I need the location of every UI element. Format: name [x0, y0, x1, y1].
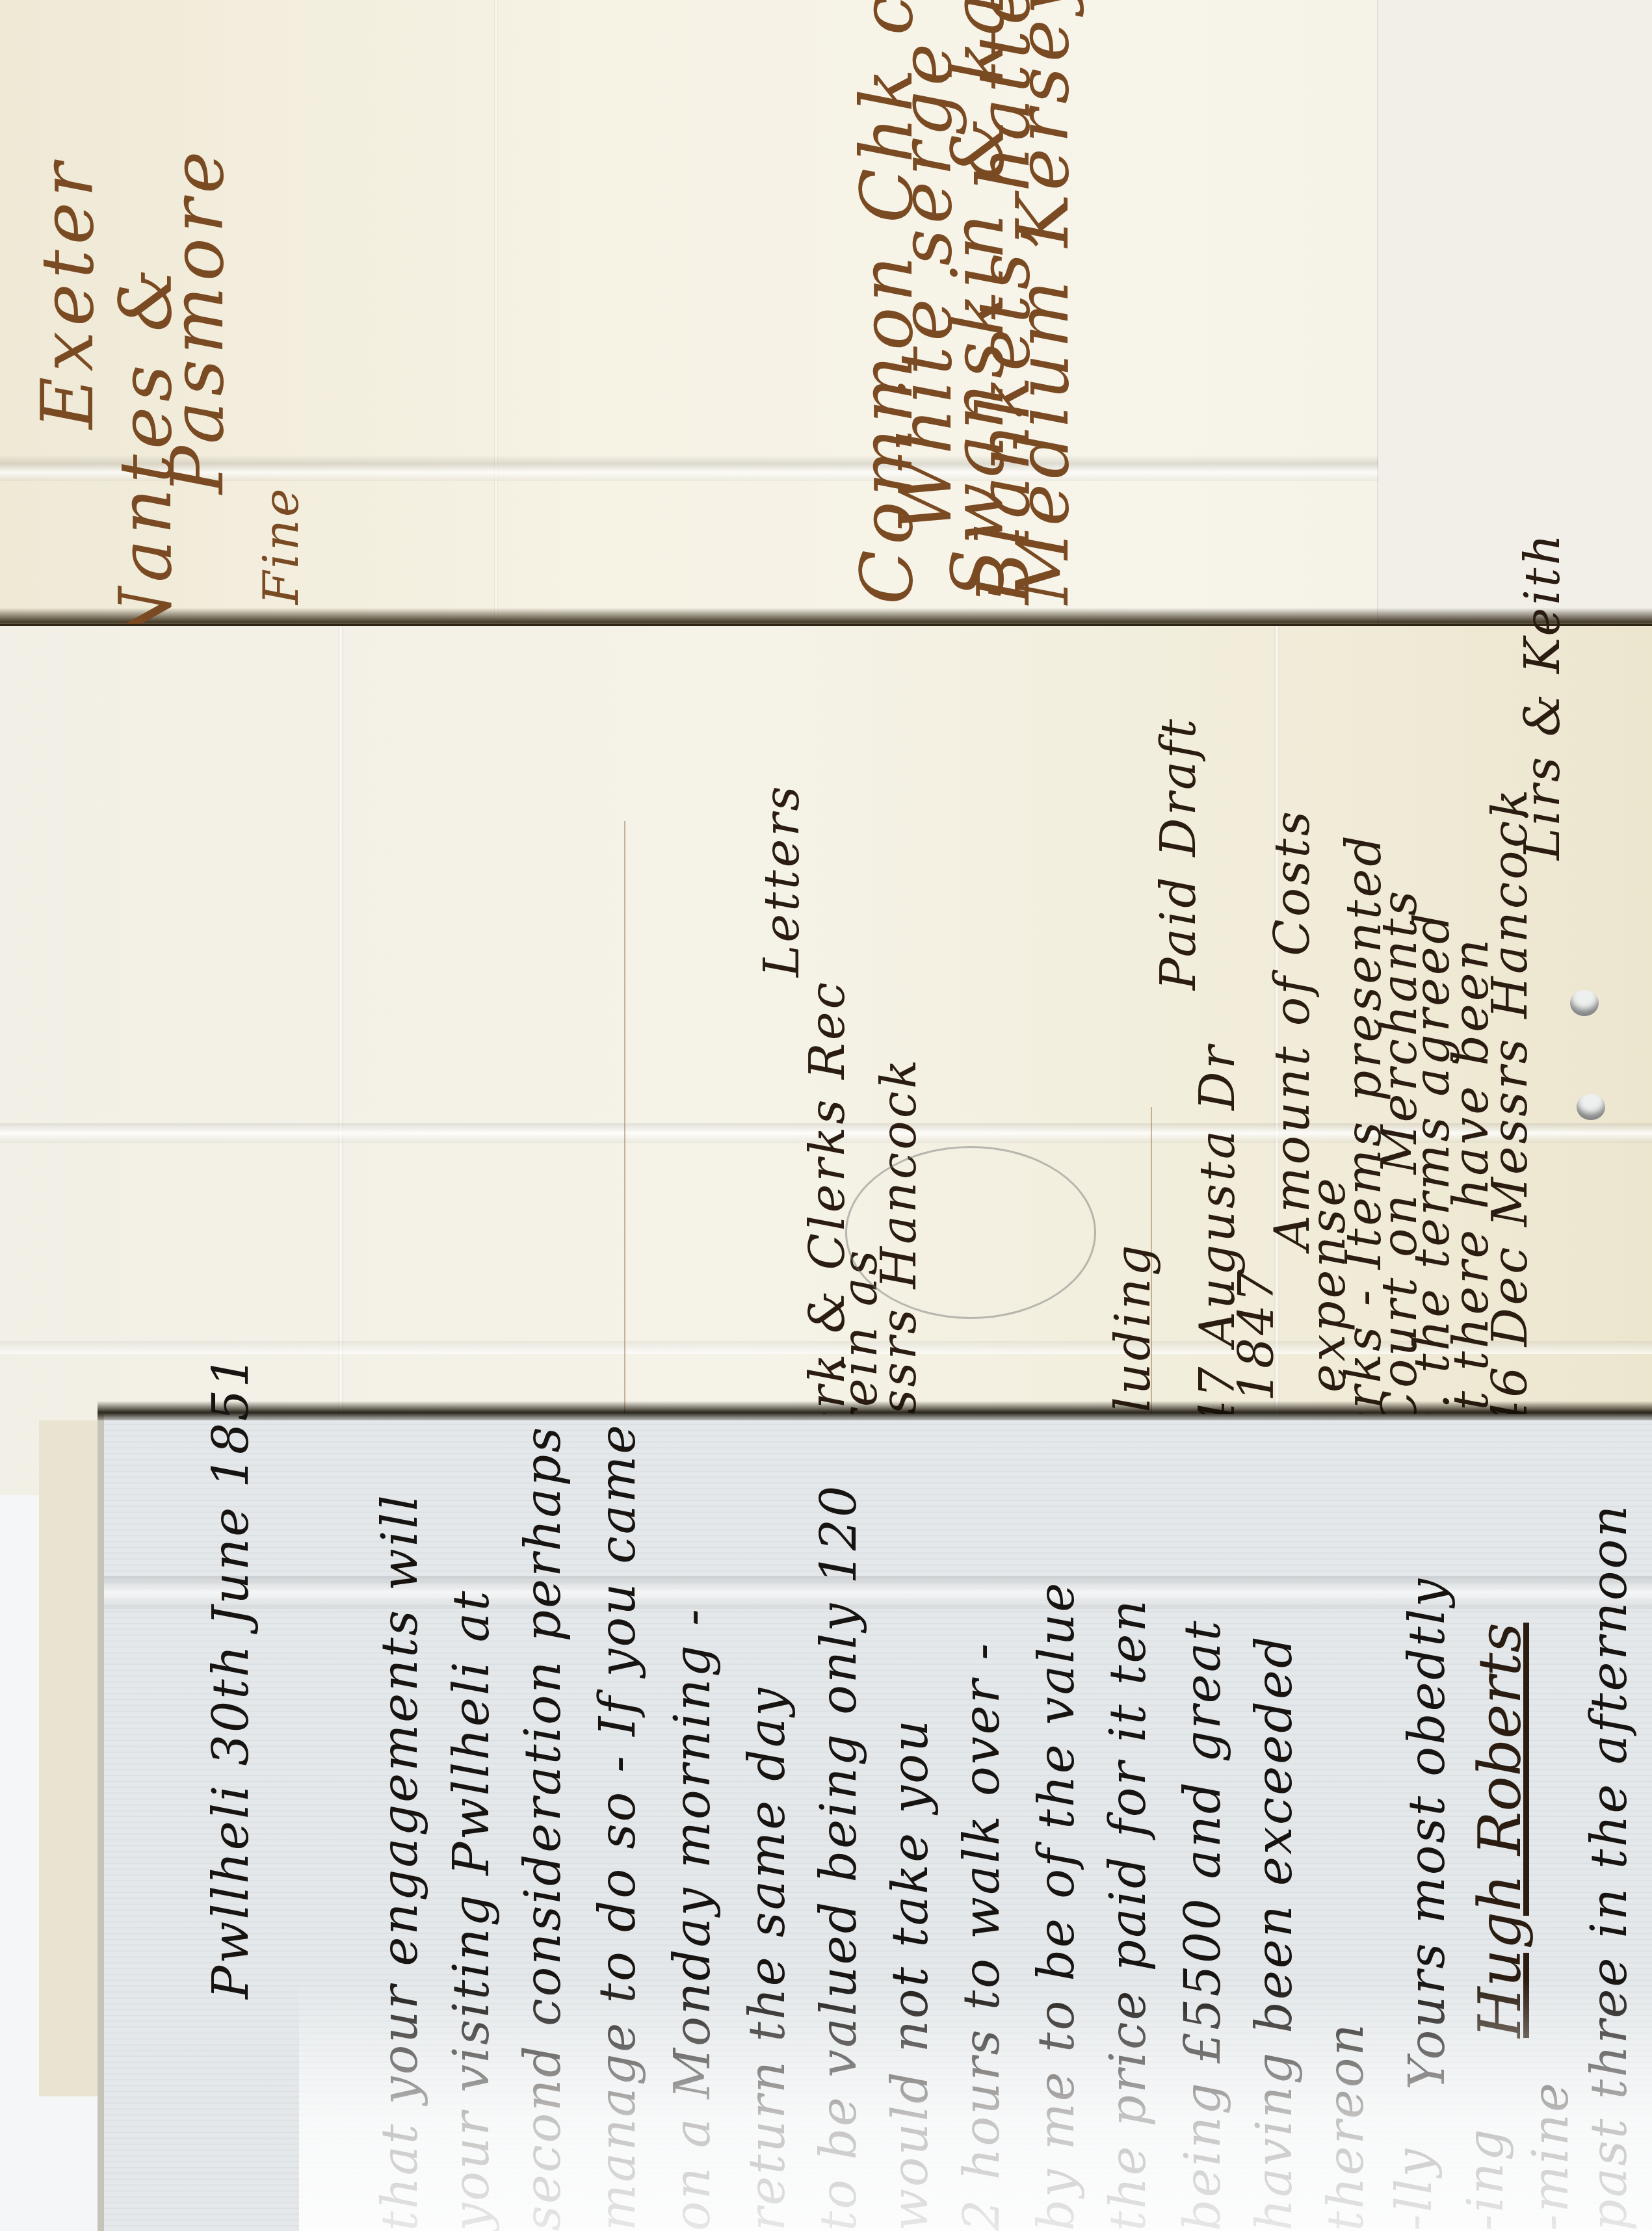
handwritten-line: Pasmore [156, 146, 239, 494]
fold-crease [494, 0, 498, 634]
handwritten-line: Letters [754, 783, 810, 977]
handwritten-line: Medium Kersey [1001, 0, 1084, 605]
bottom-letter-sheet: Pwllheli 30th June 1851 that your engage… [98, 1414, 1652, 2231]
handwritten-line: Fine [254, 486, 309, 605]
handwritten-line: Exeter [26, 158, 109, 429]
top-letter-sheet: Exeter Nantes & Pasmore Fine Common Chk … [0, 0, 1652, 634]
handwritten-line: Paid Draft [1151, 716, 1207, 990]
scan-glare [299, 1979, 1652, 2231]
ruled-margin-line [624, 821, 625, 1497]
handwritten-line: Amount of Costs [1265, 809, 1320, 1250]
pencil-mark [845, 1146, 1096, 1319]
letter-date: Pwllheli 30th June 1851 [202, 1354, 259, 1999]
signature: Hugh Roberts [1466, 1623, 1534, 2038]
punch-hole [1570, 990, 1599, 1016]
underlying-sheet-edge [39, 1420, 105, 2096]
punch-hole [1577, 1094, 1605, 1120]
sheet-edge-shadow [98, 1401, 1652, 1420]
fold-crease [338, 626, 343, 1497]
